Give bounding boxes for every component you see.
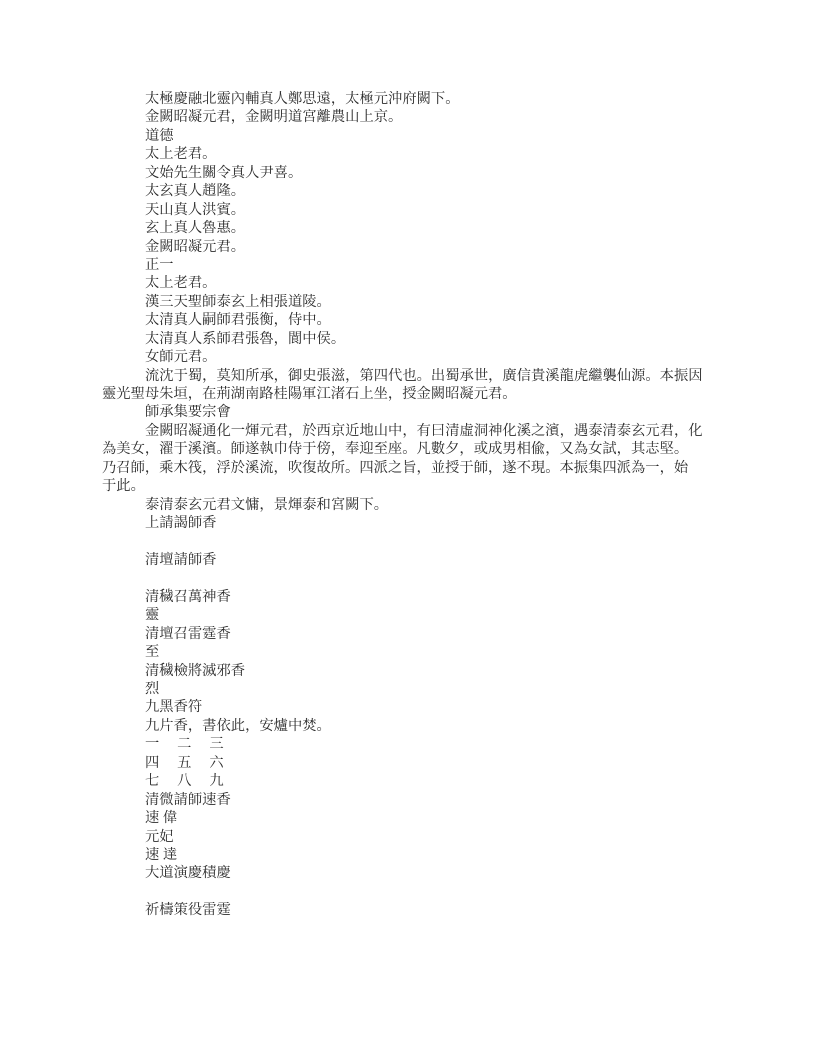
text-line: 金闕昭凝元君，金闕明道宮離農山上京。 (102, 108, 722, 126)
blank-line (102, 533, 722, 551)
blank-line (102, 569, 722, 587)
text-line: 速 偉 (102, 809, 722, 827)
text-line: 玄上真人魯惠。 (102, 219, 722, 237)
text-line: 元妃 (102, 828, 722, 846)
text-line: 清壇召雷霆香 (102, 625, 722, 643)
text-line: 七 八 九 (102, 772, 722, 790)
text-line: 烈 (102, 680, 722, 698)
text-line: 太玄真人趙隆。 (102, 182, 722, 200)
text-line: 上請謁師香 (102, 514, 722, 532)
text-line: 太極慶融北靈內輔真人鄭思遠，太極元沖府闕下。 (102, 90, 722, 108)
blank-line (102, 883, 722, 901)
text-line: 乃召師，乘木筏，浮於溪流，吹復故所。四派之旨，並授于師，遂不現。本振集四派為一，… (102, 459, 722, 477)
text-line: 一 二 三 (102, 735, 722, 753)
text-line: 至 (102, 643, 722, 661)
text-line: 為美女，濯于溪濱。師遂執巾侍于傍，奉迎至座。凡數夕，或成男相偸，又為女試，其志堅… (102, 440, 722, 458)
text-line: 清穢檢將滅邪香 (102, 662, 722, 680)
text-line: 師承集要宗會 (102, 403, 722, 421)
text-line: 大道演慶積慶 (102, 864, 722, 882)
text-line: 九黑香符 (102, 698, 722, 716)
text-line: 太清真人嗣師君張衡，侍中。 (102, 311, 722, 329)
text-line: 靈光聖母朱垣，在荊湖南路桂陽軍江渚石上坐，授金闕昭凝元君。 (102, 385, 722, 403)
text-line: 靈 (102, 606, 722, 624)
text-line: 泰清泰玄元君文慵，景煇泰和宮闕下。 (102, 496, 722, 514)
text-line: 太清真人系師君張魯，閬中侯。 (102, 330, 722, 348)
document-content: 太極慶融北靈內輔真人鄭思遠，太極元沖府闕下。金闕昭凝元君，金闕明道宮離農山上京。… (102, 90, 722, 920)
text-line: 九片香，書依此，安爐中焚。 (102, 717, 722, 735)
text-line: 太上老君。 (102, 274, 722, 292)
text-line: 金闕昭凝通化一煇元君，於西京近地山中，有曰清虛洞神化溪之濱，遇泰清泰玄元君，化 (102, 422, 722, 440)
text-line: 文始先生關令真人尹喜。 (102, 164, 722, 182)
text-line: 祈檮策役雷霆 (102, 901, 722, 919)
text-line: 流沈于蜀，莫知所承，御史張滋，第四代也。出蜀承世，廣信貴溪龍虎繼襲仙源。本振因 (102, 367, 722, 385)
text-line: 于此。 (102, 477, 722, 495)
text-line: 女師元君。 (102, 348, 722, 366)
text-line: 四 五 六 (102, 754, 722, 772)
text-line: 正一 (102, 256, 722, 274)
text-line: 漢三天聖師泰玄上相張道陵。 (102, 293, 722, 311)
document-page: 太極慶融北靈內輔真人鄭思遠，太極元沖府闕下。金闕昭凝元君，金闕明道宮離農山上京。… (0, 0, 816, 1056)
text-line: 清壇請師香 (102, 551, 722, 569)
text-line: 道德 (102, 127, 722, 145)
text-line: 清微請師速香 (102, 791, 722, 809)
text-line: 金闕昭凝元君。 (102, 238, 722, 256)
text-line: 清穢召萬神香 (102, 588, 722, 606)
text-line: 太上老君。 (102, 145, 722, 163)
text-line: 速 達 (102, 846, 722, 864)
text-line: 天山真人洪賓。 (102, 201, 722, 219)
